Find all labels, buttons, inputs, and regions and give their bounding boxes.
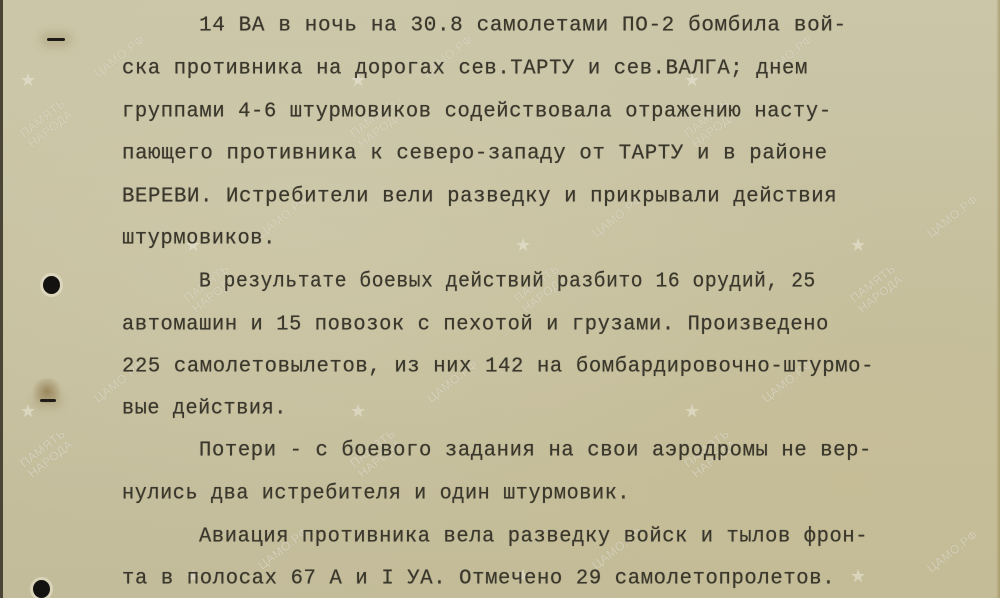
watermark-project: ПАМЯТЬ НАРОДА [18,427,76,480]
watermark-project-line2: НАРОДА [25,437,75,480]
text-line: Авиация противника вела разведку войск и… [199,526,868,548]
text-line: автомашин и 15 повозок с пехотой и груза… [122,314,829,336]
page-right-edge [996,0,1000,598]
page-left-edge [0,0,3,598]
watermark-project-line1: ПАМЯТЬ [17,426,68,470]
text-line: нулись два истребителя и один штурмовик. [122,483,630,505]
star-icon: ★ [684,403,700,421]
star-icon: ★ [850,237,866,255]
text-line: ВЕРЕВИ. Истребители вели разведку и прик… [122,186,837,208]
staple-mark-top [47,38,65,41]
text-line: та в полосах 67 А и I УА. Отмечено 29 са… [122,568,835,590]
star-icon: ★ [350,403,366,421]
star-icon: ★ [20,72,36,90]
watermark-project-line1: ПАМЯТЬ [847,261,898,305]
watermark-project-line2: НАРОДА [855,272,905,315]
document-page: ЦАМО.РФ ЦАМО.РФ ЦАМО.РФ ЦАМО.РФ ЦАМО.РФ … [0,0,1000,598]
text-line: 14 ВА в ночь на 30.8 самолетами ПО-2 бом… [199,15,847,37]
watermark-project: ПАМЯТЬ НАРОДА [848,262,906,315]
text-line: 225 самолетовылетов, из них 142 на бомба… [122,356,874,378]
staple-mark-middle [40,399,56,402]
text-line: вые действия. [122,398,287,420]
text-line: пающего противника к северо-западу от ТА… [122,143,828,165]
star-icon: ★ [20,403,36,421]
watermark-project-line1: ПАМЯТЬ [17,96,68,140]
star-icon: ★ [515,237,531,255]
text-line: ска противника на дорогах сев.ТАРТУ и се… [122,58,808,80]
watermark-project: ПАМЯТЬ НАРОДА [18,97,76,150]
text-line: группами 4-6 штурмовиков содействовала о… [122,101,832,123]
text-line: Потери - с боевого задания на свои аэрод… [199,440,872,462]
star-icon: ★ [850,568,866,586]
binding-hole-1 [43,276,60,294]
watermark-archive: ЦАМО.РФ [925,528,980,575]
watermark-project-line2: НАРОДА [25,107,75,150]
watermark-archive: ЦАМО.РФ [925,193,980,240]
text-line: штурмовиков. [122,228,276,250]
text-line: В результате боевых действий разбито 16 … [199,271,816,293]
binding-hole-2 [33,580,50,598]
